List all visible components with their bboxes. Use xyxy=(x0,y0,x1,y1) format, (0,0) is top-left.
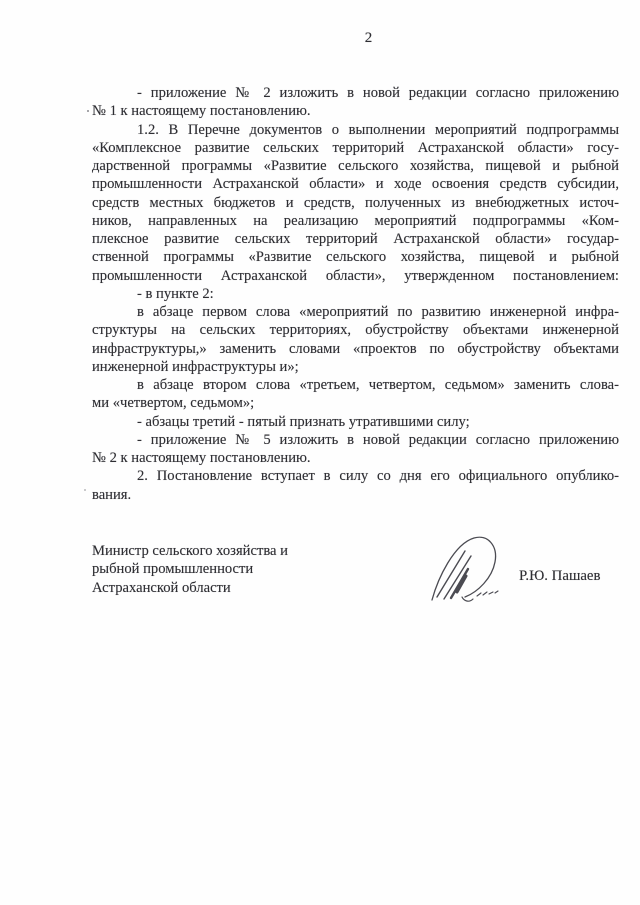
text-line: в абзаце втором слова «третьем, четверто… xyxy=(92,376,619,394)
signer-title-line: рыбной промышленности xyxy=(92,560,352,578)
scan-speck xyxy=(84,489,86,491)
handwritten-signature-icon xyxy=(424,534,512,606)
signer-title-line: Министр сельского хозяйства и xyxy=(92,542,352,560)
text-line: - в пункте 2: xyxy=(92,285,619,303)
signer-name: Р.Ю. Пашаев xyxy=(519,568,600,585)
scan-speck xyxy=(87,110,89,112)
page-number: 2 xyxy=(105,30,632,47)
signer-title-block: Министр сельского хозяйства и рыбной про… xyxy=(92,542,352,597)
text-line: - приложение № 5 изложить в новой редакц… xyxy=(92,431,619,449)
text-line: вания. xyxy=(92,486,619,504)
text-line: промышленности Астраханской области» и х… xyxy=(92,175,619,193)
text-line: инфраструктуры,» заменить словами «проек… xyxy=(92,340,619,358)
text-line: в абзаце первом слова «мероприятий по ра… xyxy=(92,303,619,321)
text-line: ственной программы «Развитие сельского х… xyxy=(92,248,619,266)
text-line: 2. Постановление вступает в силу со дня … xyxy=(92,467,619,485)
text-line: - абзацы третий - пятый признать утратив… xyxy=(92,413,619,431)
text-line: ников, направленных на реализацию меропр… xyxy=(92,212,619,230)
text-line: «Комплексное развитие сельских территори… xyxy=(92,139,619,157)
text-line: средств местных бюджетов и средств, полу… xyxy=(92,194,619,212)
text-line: - приложение № 2 изложить в новой редакц… xyxy=(92,84,619,102)
text-line: структуры на сельских территориях, обуст… xyxy=(92,321,619,339)
text-line: дарственной программы «Развитие сельског… xyxy=(92,157,619,175)
document-page: 2 - приложение № 2 изложить в новой реда… xyxy=(0,0,640,905)
text-line: ми «четвертом, седьмом»; xyxy=(92,394,619,412)
document-body: - приложение № 2 изложить в новой редакц… xyxy=(92,84,619,504)
text-line: промышленности Астраханской области», ут… xyxy=(92,267,619,285)
text-line: № 1 к настоящему постановлению. xyxy=(92,102,619,120)
text-line: 1.2. В Перечне документов о выполнении м… xyxy=(92,121,619,139)
text-line: инженерной инфраструктуры и»; xyxy=(92,358,619,376)
text-line: № 2 к настоящему постановлению. xyxy=(92,449,619,467)
signer-title-line: Астраханской области xyxy=(92,579,352,597)
text-line: плексное развитие сельских территорий Ас… xyxy=(92,230,619,248)
